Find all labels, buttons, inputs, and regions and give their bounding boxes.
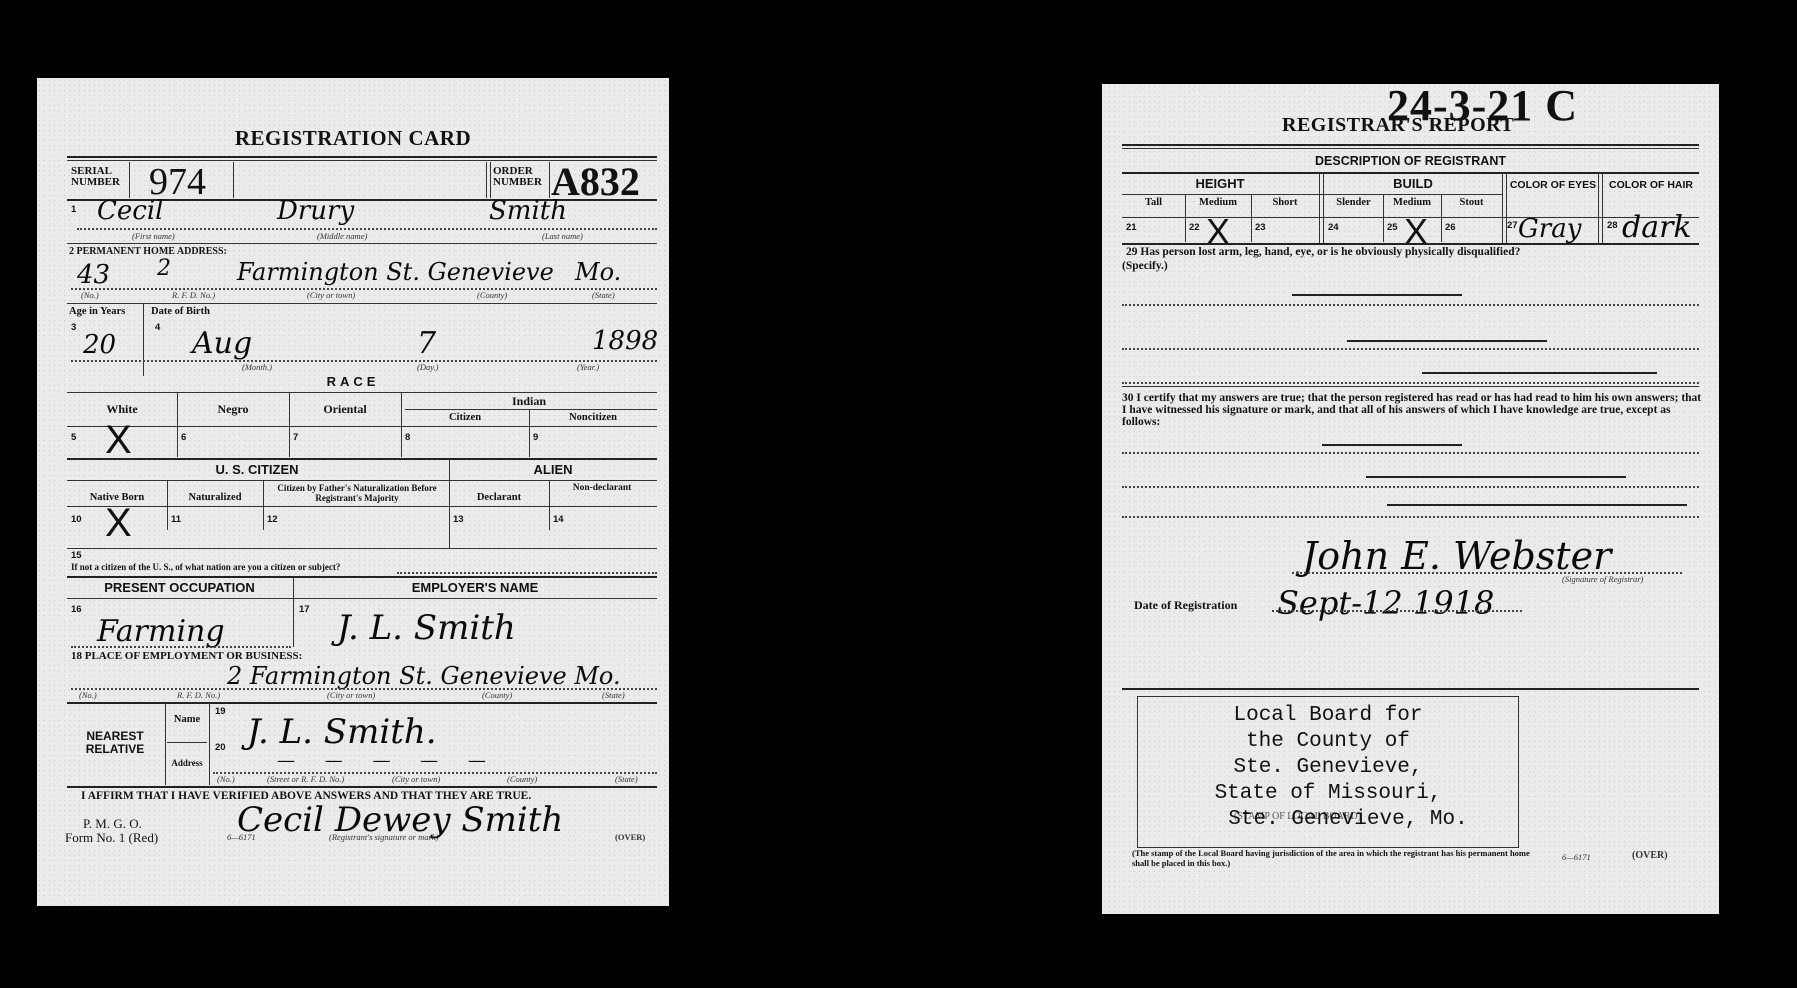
date-of-registration-value: Sept-12 1918 bbox=[1277, 584, 1494, 622]
alien-title: ALIEN bbox=[449, 462, 657, 477]
field-number: 26 bbox=[1445, 222, 1456, 233]
field-number: 3 bbox=[71, 322, 76, 333]
over-label: (OVER) bbox=[615, 832, 645, 842]
caption: (No.) bbox=[217, 774, 235, 784]
field-number: 28 bbox=[1607, 220, 1618, 231]
stamp-line: Ste. Genevieve, Mo. bbox=[1158, 807, 1538, 833]
signature-caption: (Registrant's signature or mark) bbox=[329, 832, 438, 842]
field-number: 14 bbox=[553, 514, 564, 525]
field-number: 7 bbox=[293, 432, 298, 443]
report-title: REGISTRAR'S REPORT bbox=[1282, 114, 1514, 137]
build-col-stout: Stout bbox=[1441, 197, 1502, 208]
place-label: 18 PLACE OF EMPLOYMENT OR BUSINESS: bbox=[71, 650, 302, 662]
place-value: 2 Farmington St. Genevieve Mo. bbox=[227, 662, 621, 690]
stamp-line: Ste. Genevieve, bbox=[1138, 755, 1518, 781]
occupation-title: PRESENT OCCUPATION bbox=[67, 580, 292, 595]
field-number: 23 bbox=[1255, 222, 1266, 233]
caption: (County) bbox=[507, 774, 537, 784]
nearest-relative-label: NEAREST RELATIVE bbox=[65, 730, 165, 756]
address-number: 43 bbox=[77, 260, 110, 290]
citizen-title: U. S. CITIZEN bbox=[67, 462, 447, 477]
caption: (State) bbox=[615, 774, 638, 784]
caption: (County) bbox=[477, 290, 507, 300]
height-col-short: Short bbox=[1251, 197, 1319, 208]
caption: (First name) bbox=[132, 231, 175, 241]
field-number: 15 bbox=[71, 550, 82, 561]
indian-label: Indian bbox=[401, 394, 657, 409]
indian-col-citizen: Citizen bbox=[401, 412, 529, 423]
stamp-line: the County of bbox=[1138, 729, 1518, 755]
race-title: RACE bbox=[37, 374, 669, 389]
question-30-certification: 30 I certify that my answers are true; t… bbox=[1122, 392, 1702, 428]
field-number: 13 bbox=[453, 514, 464, 525]
field-number: 8 bbox=[405, 432, 410, 443]
stamp-caption: (The stamp of the Local Board having jur… bbox=[1132, 848, 1542, 868]
dob-month: Aug bbox=[192, 326, 252, 361]
build-title: BUILD bbox=[1324, 176, 1502, 191]
native-born-mark: X bbox=[105, 503, 132, 543]
last-name: Smith bbox=[489, 196, 567, 226]
description-title: DESCRIPTION OF REGISTRANT bbox=[1102, 154, 1719, 168]
first-name: Cecil bbox=[97, 196, 163, 226]
field-number: 9 bbox=[533, 432, 538, 443]
citizen-col-father-naturalization: Citizen by Father's Naturalization Befor… bbox=[267, 483, 447, 503]
eye-color-value: Gray bbox=[1518, 214, 1581, 244]
address-label: 2 PERMANENT HOME ADDRESS: bbox=[69, 246, 227, 257]
race-col-negro: Negro bbox=[177, 402, 289, 417]
field-number: 10 bbox=[71, 514, 82, 525]
registrar-signature-caption: (Signature of Registrar) bbox=[1562, 574, 1643, 584]
age-label: Age in Years bbox=[69, 306, 125, 317]
citizen-col-naturalized: Naturalized bbox=[167, 492, 263, 503]
form-number: Form No. 1 (Red) bbox=[65, 830, 158, 846]
stamp-line: State of Missouri, bbox=[1138, 781, 1518, 807]
eye-color-title: COLOR OF EYES bbox=[1507, 180, 1599, 191]
caption: R. F. D. No.) bbox=[177, 690, 220, 700]
print-code: 6—6171 bbox=[1562, 852, 1591, 862]
employer-value: J. L. Smith bbox=[337, 608, 516, 648]
dob-day: 7 bbox=[417, 326, 436, 361]
caption: (State) bbox=[592, 290, 615, 300]
local-board-stamp-box: Local Board for the County of Ste. Genev… bbox=[1137, 696, 1519, 848]
employer-title: EMPLOYER'S NAME bbox=[293, 580, 657, 595]
alien-col-declarant: Declarant bbox=[449, 492, 549, 503]
caption: R. F. D. No.) bbox=[172, 290, 215, 300]
occupation-value: Farming bbox=[97, 614, 225, 649]
field-number: 4 bbox=[155, 322, 160, 333]
address-rfd: 2 bbox=[157, 256, 171, 281]
dob-year: 1898 bbox=[592, 326, 658, 356]
relative-name: J. L. Smith. bbox=[247, 712, 437, 752]
caption: (County) bbox=[482, 690, 512, 700]
print-code: 6—6171 bbox=[227, 832, 256, 842]
field-number: 6 bbox=[181, 432, 186, 443]
build-col-medium: Medium bbox=[1383, 197, 1441, 208]
caption: (No.) bbox=[81, 290, 99, 300]
address-state: Mo. bbox=[575, 258, 621, 286]
dob-label: Date of Birth bbox=[151, 306, 210, 317]
race-white-mark: X bbox=[105, 420, 132, 460]
race-col-white: White bbox=[67, 402, 177, 417]
indian-col-noncitizen: Noncitizen bbox=[529, 412, 657, 423]
name-label: Name bbox=[165, 714, 209, 725]
height-title: HEIGHT bbox=[1122, 176, 1318, 191]
caption: (Day.) bbox=[417, 362, 438, 372]
field-number: 22 bbox=[1189, 222, 1200, 233]
caption: (City or town) bbox=[307, 290, 355, 300]
caption: (City or town) bbox=[327, 690, 375, 700]
height-col-tall: Tall bbox=[1122, 197, 1185, 208]
race-col-oriental: Oriental bbox=[289, 402, 401, 417]
over-label: (OVER) bbox=[1632, 850, 1668, 861]
caption: (State) bbox=[602, 690, 625, 700]
question-29: 29 Has person lost arm, leg, hand, eye, … bbox=[1126, 246, 1520, 258]
caption: (Last name) bbox=[542, 231, 583, 241]
field-number: 17 bbox=[299, 604, 310, 615]
order-number-label: ORDER NUMBER bbox=[493, 166, 549, 188]
field-number: 25 bbox=[1387, 222, 1398, 233]
question-29-specify: (Specify.) bbox=[1122, 260, 1168, 272]
build-col-slender: Slender bbox=[1324, 197, 1383, 208]
caption: (Middle name) bbox=[317, 231, 367, 241]
registration-card: REGISTRATION CARD SERIAL NUMBER 974 ORDE… bbox=[37, 78, 669, 906]
registrars-report-card: 24-3-21 C REGISTRAR'S REPORT DESCRIPTION… bbox=[1102, 84, 1719, 914]
height-col-medium: Medium bbox=[1185, 197, 1251, 208]
field-number: 16 bbox=[71, 604, 82, 615]
caption: (Month.) bbox=[242, 362, 272, 372]
caption: (City or town) bbox=[392, 774, 440, 784]
alien-col-non-declarant: Non-declarant bbox=[557, 483, 647, 493]
address-city-county: Farmington St. Genevieve bbox=[237, 258, 554, 286]
hair-color-title: COLOR OF HAIR bbox=[1603, 180, 1699, 191]
age-value: 20 bbox=[83, 330, 116, 360]
stamp-line: Local Board for bbox=[1138, 703, 1518, 729]
hair-color-value: dark bbox=[1622, 210, 1692, 245]
field-number: 20 bbox=[215, 742, 226, 753]
date-of-registration-label: Date of Registration bbox=[1134, 598, 1237, 613]
field-number: 5 bbox=[71, 432, 76, 443]
field-number: 12 bbox=[267, 514, 278, 525]
middle-name: Drury bbox=[277, 196, 354, 226]
relative-address: — — — — — bbox=[277, 750, 498, 771]
caption: (Year.) bbox=[577, 362, 599, 372]
caption: (No.) bbox=[79, 690, 97, 700]
address-label: Address bbox=[165, 758, 209, 768]
field-number: 24 bbox=[1328, 222, 1339, 233]
field-number: 21 bbox=[1126, 222, 1137, 233]
field-number: 19 bbox=[215, 706, 226, 717]
caption: (Street or R. F. D. No.) bbox=[267, 774, 344, 784]
field-number: 1 bbox=[71, 204, 76, 215]
serial-number-label: SERIAL NUMBER bbox=[71, 166, 127, 188]
field-number: 11 bbox=[171, 514, 181, 525]
card-title: REGISTRATION CARD bbox=[37, 126, 669, 151]
field-number: 27 bbox=[1507, 220, 1518, 231]
field15-label: If not a citizen of the U. S., of what n… bbox=[71, 562, 340, 572]
